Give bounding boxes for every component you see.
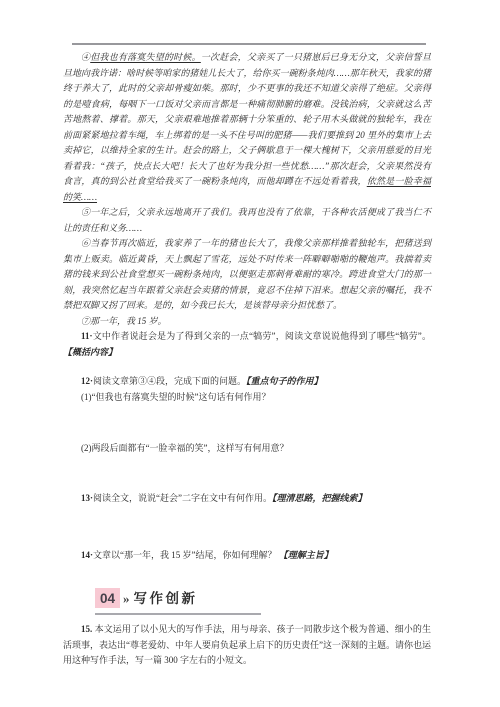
answer-space	[63, 506, 431, 548]
worksheet-content: ④但我也有落寞失望的时候。一次赶会，父亲买了一只猪崽后已身无分文，父亲信誓旦旦地…	[63, 50, 431, 669]
question-12-skill-tag: 【重点句子的作用】	[246, 376, 323, 386]
answer-space	[63, 405, 431, 441]
passage-paragraph-7: ⑦那一年，我 15 岁。	[63, 314, 431, 330]
question-14-number: 14·	[81, 550, 93, 560]
section-number-badge: 04	[95, 588, 120, 609]
passage-paragraph-6: ⑥当春节再次临近，我家养了一年的猪也长大了，我像父亲那样推着独轮车，把猪送到集市…	[63, 236, 431, 314]
passage-paragraph-4: ④但我也有落寞失望的时候。一次赶会，父亲买了一只猪崽后已身无分文，父亲信誓旦旦地…	[63, 50, 431, 205]
answer-space	[63, 360, 431, 374]
question-15: 15. 本文运用了以小见大的写作手法，用与母亲、孩子一同散步这个极为普通、细小的…	[63, 622, 431, 669]
answer-space	[63, 564, 431, 588]
question-11-skill-tag: 【概括内容】	[63, 347, 117, 357]
question-14: 14·文章以“那一年，我 15 岁”结尾，你如何理解？ 【理解主旨】	[63, 548, 431, 564]
paragraph-4-marker: ④	[81, 52, 90, 62]
underlined-sentence-opening: 但我也有落寞失望的时候。	[90, 52, 201, 62]
question-11-text: 文中作者说赶会是为了得到父亲的一点“犒劳”，阅读文章说说他得到了哪些“犒劳”。	[93, 331, 431, 341]
passage-paragraph-5: ⑤一年之后，父亲永远地离开了我们。我再也没有了依靠，干各种农活便成了我当仁不让的…	[63, 205, 431, 236]
question-12: 12·阅读文章第③④段，完成下面的问题。【重点句子的作用】	[63, 374, 431, 390]
question-14-skill-tag: 【理解主旨】	[279, 550, 333, 560]
question-11-number: 11·	[81, 331, 93, 341]
question-15-text: 本文运用了以小见大的写作手法，用与母亲、孩子一同散步这个极为普通、细小的生活琐事…	[63, 624, 431, 665]
question-12-text: 阅读文章第③④段，完成下面的问题。	[93, 376, 246, 386]
section-title: 写作创新	[134, 591, 198, 606]
paragraph-4-body: 一次赶会，父亲买了一只猪崽后已身无分文，父亲信誓旦旦地向我许诺：啥时候等咱家的猪…	[63, 52, 431, 186]
question-12-sub-1: (1)“但我也有落寞失望的时候”这句话有何作用？	[63, 390, 431, 406]
double-arrow-icon: »	[123, 591, 130, 606]
question-12-sub-2: (2)两段后面都有“一脸幸福的笑”，这样写有何用意？	[63, 441, 431, 457]
question-13-number: 13·	[81, 493, 93, 503]
question-13-text: 阅读全文，说说“赶会”二字在文中有何作用。	[93, 493, 272, 503]
question-14-text: 文章以“那一年，我 15 岁”结尾，你如何理解？	[93, 550, 279, 560]
question-13: 13·阅读全文，说说“赶会”二字在文中有何作用。【理清思路，把握线索】	[63, 491, 431, 507]
answer-space	[63, 457, 431, 491]
section-header-writing-innovation: 04»写作创新	[95, 588, 261, 616]
question-13-skill-tag: 【理清思路，把握线索】	[272, 493, 367, 503]
question-15-number: 15.	[81, 624, 92, 634]
question-11: 11·文中作者说赶会是为了得到父亲的一点“犒劳”，阅读文章说说他得到了哪些“犒劳…	[63, 329, 431, 360]
page-top-rule	[72, 43, 426, 45]
question-12-number: 12·	[81, 376, 93, 386]
